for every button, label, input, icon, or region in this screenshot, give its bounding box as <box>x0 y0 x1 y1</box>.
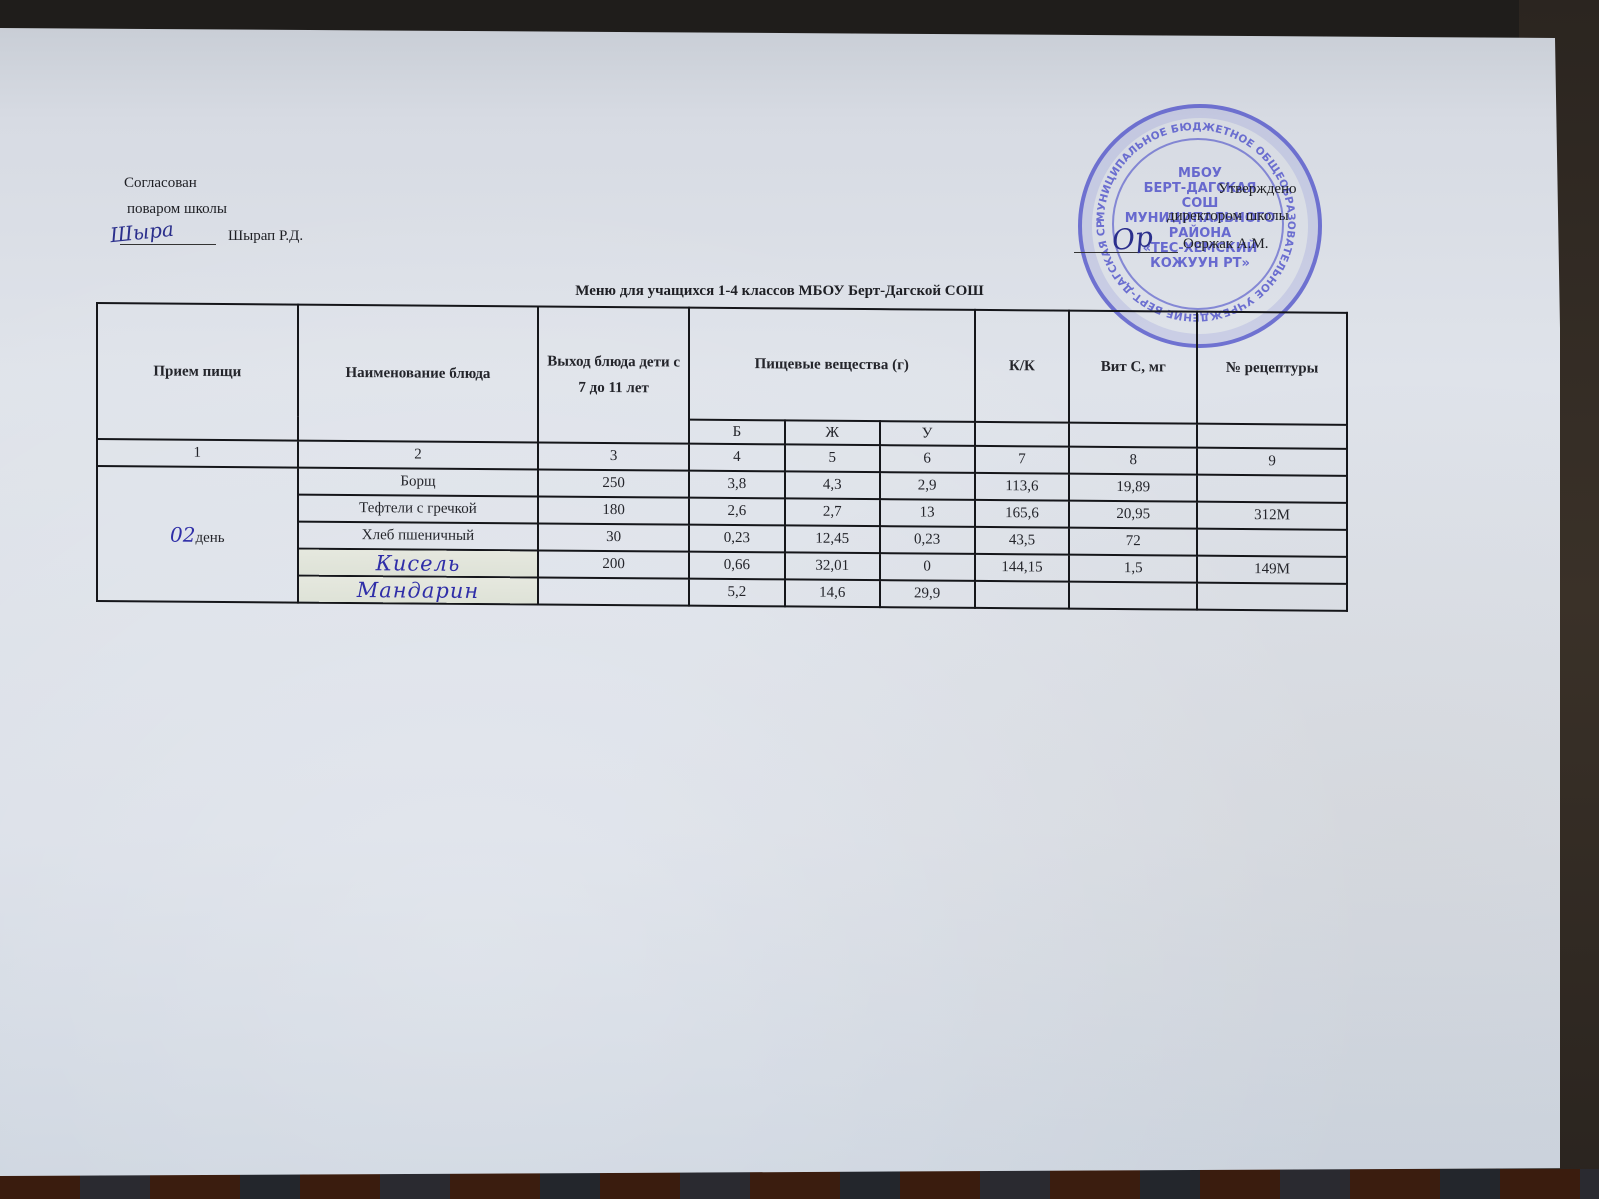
column-number: 2 <box>298 441 539 470</box>
subheader-empty <box>1069 423 1197 448</box>
day-number-handwritten: 02 <box>170 522 195 546</box>
header-vitc: Вит С, мг <box>1069 311 1197 424</box>
header-kcal: К/К <box>975 310 1070 423</box>
header-meal: Прием пищи <box>97 303 298 441</box>
vitc-cell: 19,89 <box>1069 474 1197 502</box>
kcal-cell: 113,6 <box>975 473 1070 501</box>
stamp-center-line: МБОУ <box>1082 166 1318 181</box>
cook-signature-line <box>120 244 216 245</box>
column-number: 4 <box>689 444 785 472</box>
dish-name-handwritten: Кисель <box>376 551 461 576</box>
column-number: 8 <box>1069 447 1197 475</box>
kcal-cell <box>975 581 1070 609</box>
carbs-cell: 29,9 <box>880 580 975 608</box>
fat-cell: 32,01 <box>785 552 880 580</box>
protein-cell: 5,2 <box>689 579 785 607</box>
recipe-cell <box>1197 475 1347 503</box>
dish-name-handwritten: Мандарин <box>357 578 480 603</box>
director-signature: Ор <box>1110 220 1154 257</box>
recipe-cell <box>1197 529 1347 557</box>
dish-name-cell: Борщ <box>298 468 539 497</box>
column-number: 1 <box>97 439 298 468</box>
header-protein: Б <box>689 420 785 445</box>
kcal-cell: 43,5 <box>975 527 1070 555</box>
column-number: 6 <box>880 445 975 473</box>
protein-cell: 0,23 <box>689 525 785 553</box>
recipe-cell <box>1197 583 1347 611</box>
column-number: 3 <box>538 442 689 470</box>
dish-name-cell: Кисель <box>298 549 539 578</box>
yield-cell: 180 <box>538 496 689 524</box>
menu-rows: 02деньБорщ2503,84,32,9113,619,89Тефтели … <box>97 466 1347 611</box>
cook-name: Шырап Р.Д. <box>228 228 303 245</box>
approval-left-line1: Согласован <box>124 175 197 192</box>
yield-cell: 250 <box>538 469 689 497</box>
recipe-cell: 149М <box>1197 556 1347 584</box>
fat-cell: 12,45 <box>785 525 880 553</box>
protein-cell: 2,6 <box>689 498 785 526</box>
column-number: 7 <box>975 446 1070 474</box>
protein-cell: 3,8 <box>689 471 785 499</box>
dish-name-cell: Мандарин <box>298 576 539 605</box>
subheader-empty <box>975 422 1070 447</box>
carbs-cell: 13 <box>880 499 975 527</box>
menu-table: Прием пищи Наименование блюда Выход блюд… <box>96 302 1348 612</box>
vitc-cell <box>1069 582 1197 610</box>
fat-cell: 14,6 <box>785 579 880 607</box>
carbs-cell: 2,9 <box>880 472 975 500</box>
vitc-cell: 1,5 <box>1069 555 1197 583</box>
approval-right-line2: директором школы <box>1167 208 1289 225</box>
fat-cell: 4,3 <box>785 471 880 499</box>
header-row: Прием пищи Наименование блюда Выход блюд… <box>97 303 1347 425</box>
dish-name-cell: Хлеб пшеничный <box>298 522 539 551</box>
vitc-cell: 72 <box>1069 528 1197 556</box>
kcal-cell: 165,6 <box>975 500 1070 528</box>
recipe-cell: 312М <box>1197 502 1347 530</box>
day-label: день <box>195 529 224 545</box>
carbs-cell: 0 <box>880 553 975 581</box>
header-fat: Ж <box>785 420 880 445</box>
header-recipe: № рецептуры <box>1197 312 1347 425</box>
header-dish: Наименование блюда <box>298 305 539 443</box>
subheader-empty <box>1197 424 1347 449</box>
column-number: 9 <box>1197 448 1347 476</box>
director-name: Ооржак А.М. <box>1183 236 1269 253</box>
approval-left-line2: поваром школы <box>127 201 227 218</box>
kcal-cell: 144,15 <box>975 554 1070 582</box>
carbs-cell: 0,23 <box>880 526 975 554</box>
protein-cell: 0,66 <box>689 552 785 580</box>
meal-day-cell: 02день <box>97 466 298 603</box>
vitc-cell: 20,95 <box>1069 501 1197 529</box>
yield-cell <box>538 577 689 605</box>
header-carbs: У <box>880 421 975 446</box>
document-title: Меню для учащихся 1-4 классов МБОУ Берт-… <box>0 283 1599 300</box>
stamp-center-line: КОЖУУН РТ» <box>1082 256 1318 271</box>
dish-name-cell: Тефтели с гречкой <box>298 495 539 524</box>
document-title-text: Меню для учащихся 1-4 классов МБОУ Берт-… <box>575 283 984 300</box>
header-nutrients: Пищевые вещества (г) <box>689 308 975 422</box>
fat-cell: 2,7 <box>785 498 880 526</box>
yield-cell: 200 <box>538 550 689 578</box>
header-yield: Выход блюда дети с 7 до 11 лет <box>538 306 689 443</box>
approval-right-line1: Утверждено <box>1218 181 1297 198</box>
column-number: 5 <box>785 444 880 472</box>
yield-cell: 30 <box>538 523 689 551</box>
